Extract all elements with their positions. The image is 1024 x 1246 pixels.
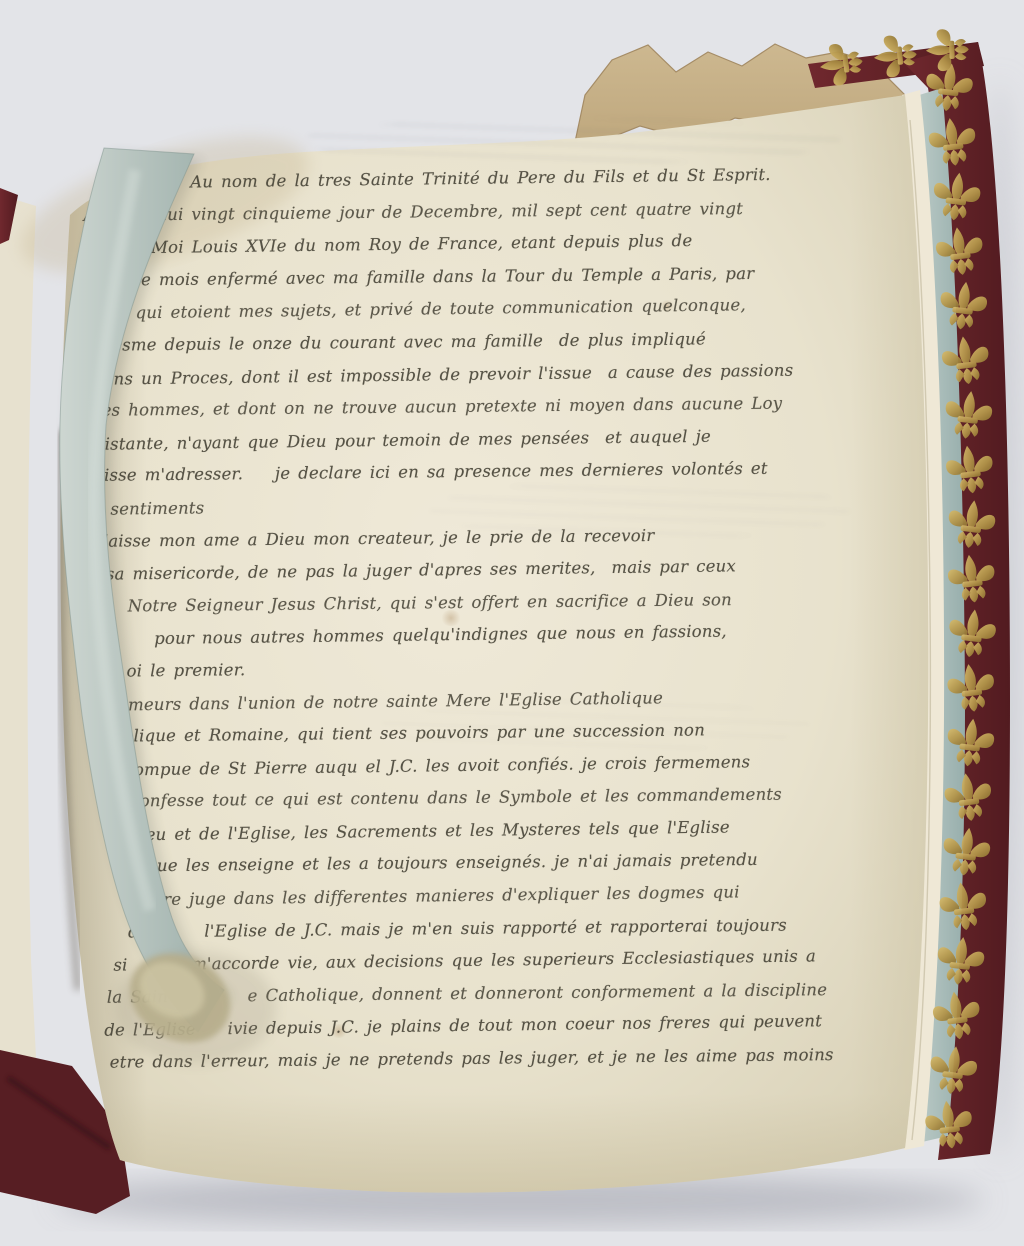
facing-page-edge	[0, 195, 40, 1135]
manuscript-text: Au nom de la tres Sainte Trinité du Pere…	[76, 158, 868, 1081]
photograph-of-manuscript: Au nom de la tres Sainte Trinité du Pere…	[0, 0, 1024, 1246]
